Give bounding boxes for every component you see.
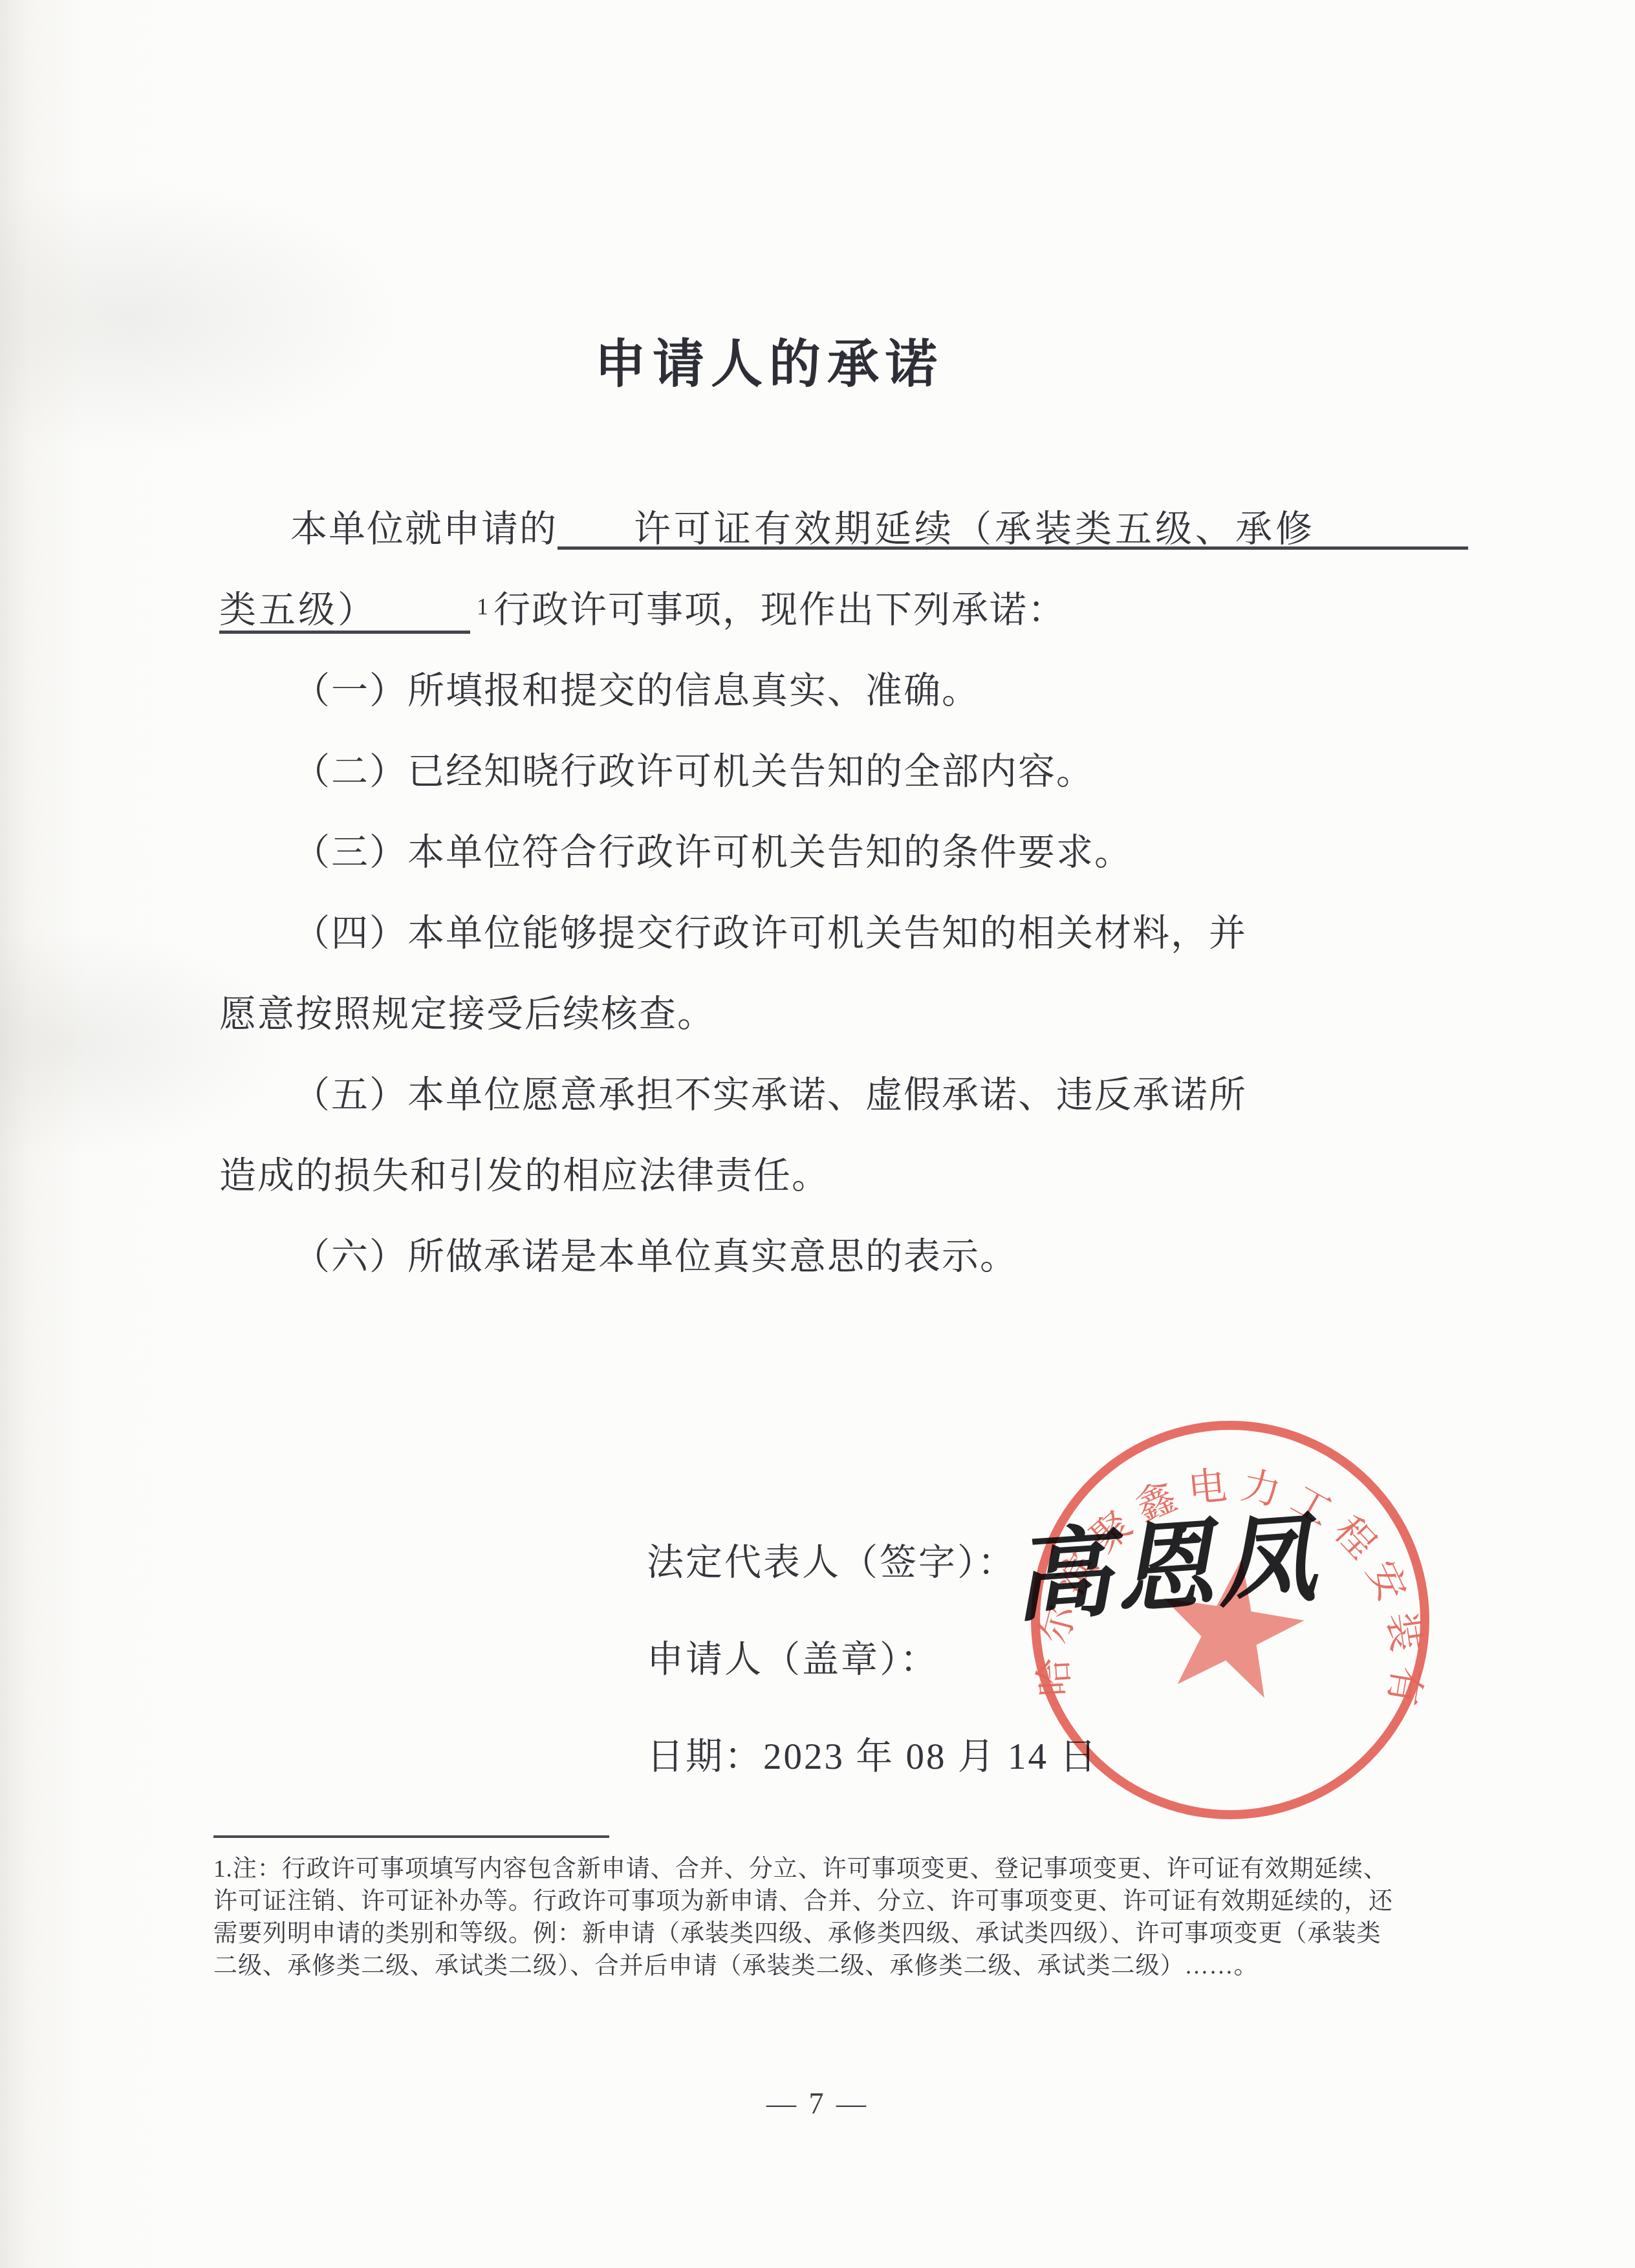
commitment-item-4-line-2: 愿意按照规定接受后续核查。 xyxy=(219,995,1468,1035)
commitment-item-5-line-1: （五）本单位愿意承担不实承诺、虚假承诺、违反承诺所 xyxy=(219,1075,1468,1116)
commitment-item-6: （六）所做承诺是本单位真实意思的表示。 xyxy=(219,1237,1468,1277)
commitment-item-4-line-1: （四）本单位能够提交行政许可机关告知的相关材料，并 xyxy=(219,914,1468,954)
page-number: — 7 — xyxy=(0,2086,1635,2121)
commitment-item-5-line-2: 造成的损失和引发的相应法律责任。 xyxy=(219,1156,1468,1196)
page-title: 申请人的承诺 xyxy=(219,322,1319,396)
paragraph-line-1: 本单位就申请的 许可证有效期延续（承装类五级、承修 xyxy=(290,510,1468,550)
footnote-reference-marker: 1 xyxy=(477,594,490,620)
footnote-line-4: 二级、承修类二级、承试类二级）、合并后申请（承装类二级、承修类二级、承试类二级）… xyxy=(213,1950,1481,1983)
footnote-line-1: 1.注：行政许可事项填写内容包含新申请、合并、分立、许可事项变更、登记事项变更、… xyxy=(213,1853,1481,1886)
footnote-separator-rule xyxy=(213,1835,609,1838)
legal-rep-handwritten-signature: 高恩凤 xyxy=(1008,1475,1379,1641)
paragraph-rest: 行政许可事项，现作出下列承诺： xyxy=(493,590,1066,631)
scanned-document-page: 申请人的承诺 本单位就申请的 许可证有效期延续（承装类五级、承修 类五级）1行政… xyxy=(0,0,1635,2268)
license-matter-underlined-part1: 许可证有效期延续（承装类五级、承修 xyxy=(558,510,1468,550)
license-matter-underlined-part2: 类五级） xyxy=(219,590,470,634)
commitment-item-3: （三）本单位符合行政许可机关告知的条件要求。 xyxy=(219,833,1468,873)
commitment-item-1: （一）所填报和提交的信息真实、准确。 xyxy=(219,671,1468,711)
paragraph-line-2: 类五级）1行政许可事项，现作出下列承诺： xyxy=(219,590,1468,631)
paragraph-lead: 本单位就申请的 xyxy=(290,510,558,550)
commitment-item-2: （二）已经知晓行政许可机关告知的全部内容。 xyxy=(219,752,1468,792)
footnote-line-3: 需要列明申请的类别和等级。例：新申请（承装类四级、承修类四级、承试类四级）、许可… xyxy=(213,1918,1481,1950)
footnote-line-2: 许可证注销、许可证补办等。行政许可事项为新申请、合并、分立、许可事项变更、许可证… xyxy=(213,1886,1481,1918)
